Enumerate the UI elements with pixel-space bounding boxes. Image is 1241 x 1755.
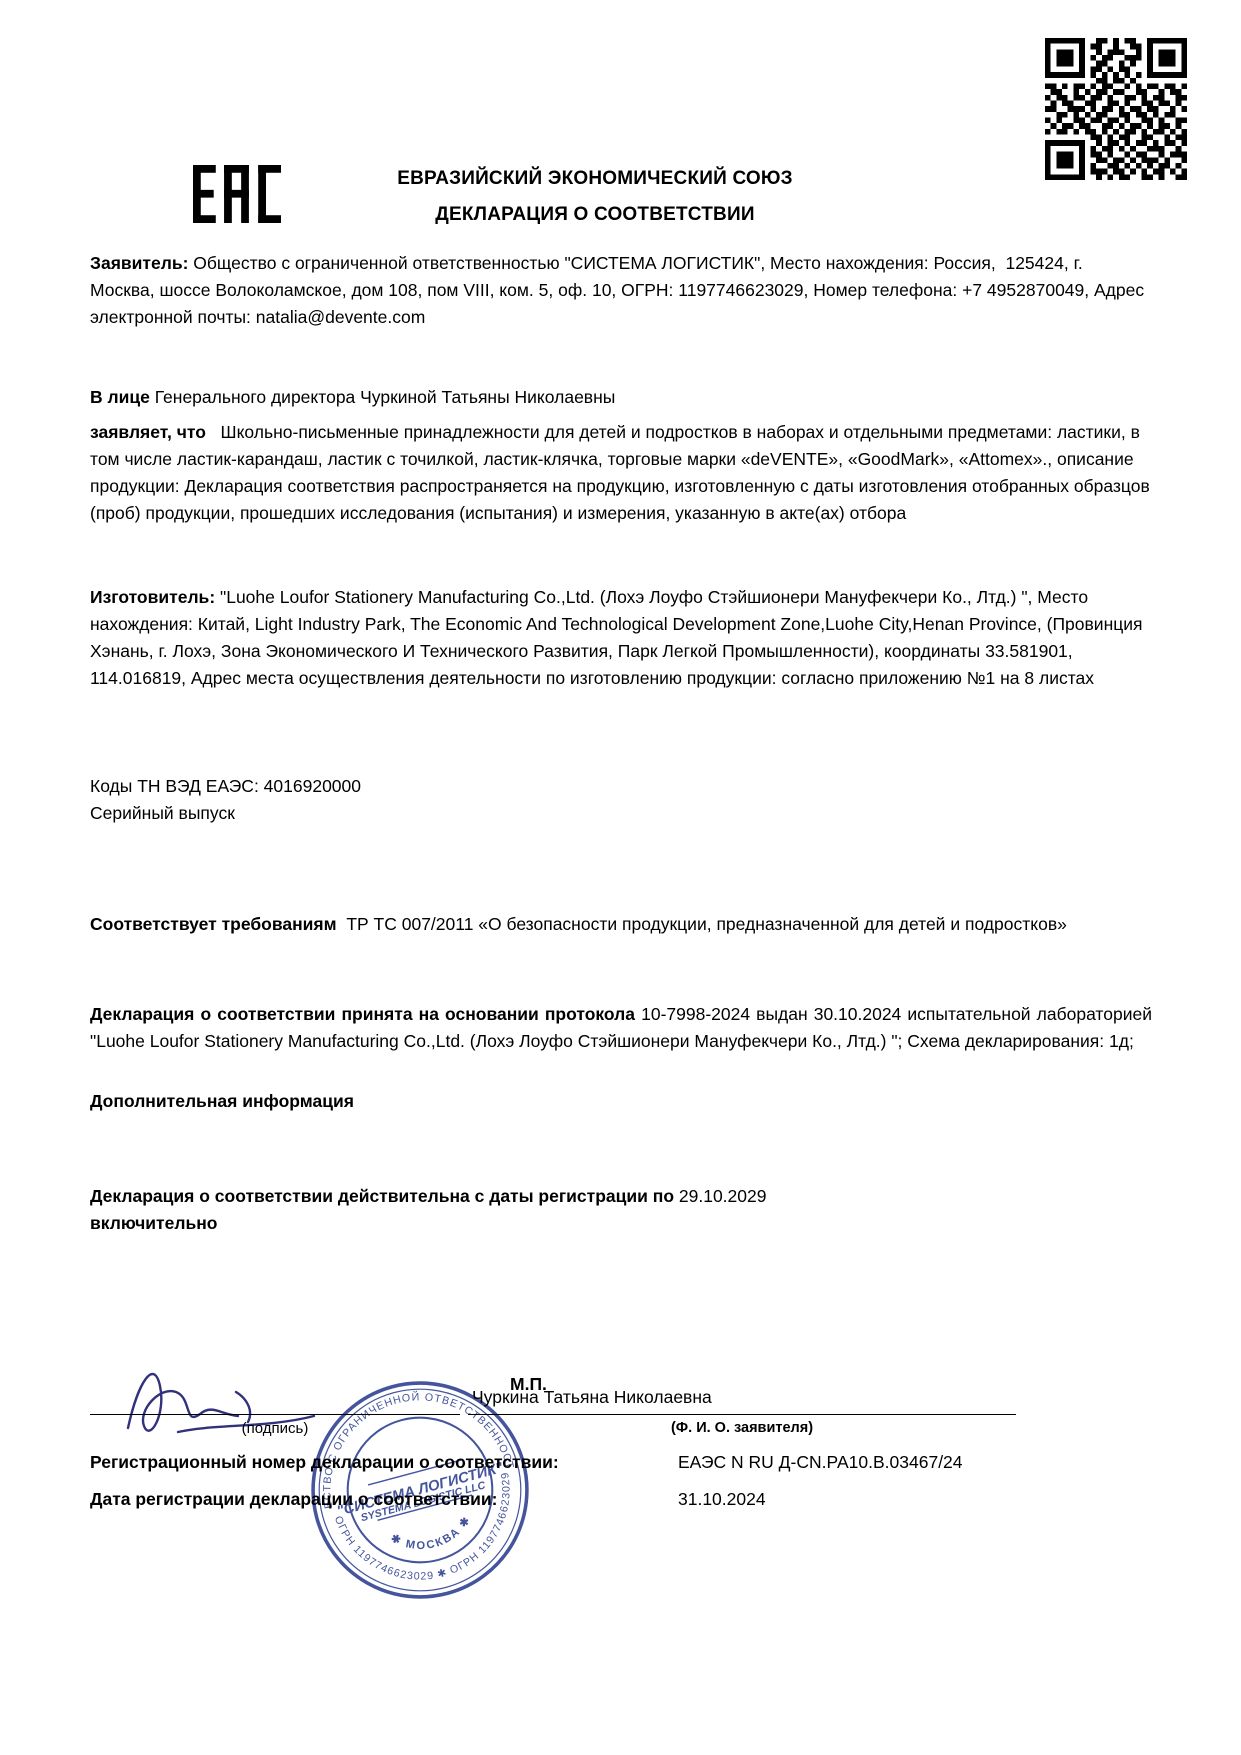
doc-title: ДЕКЛАРАЦИЯ О СООТВЕТСТВИИ [90,204,1100,226]
reg-number-value: ЕАЭС N RU Д-CN.РА10.В.03467/24 [678,1452,963,1473]
validity-label: Декларация о соответствии действительна … [90,1186,674,1206]
fio-line [468,1414,1016,1415]
person-paragraph: В лице Генерального директора Чуркиной Т… [90,384,1152,411]
union-title: ЕВРАЗИЙСКИЙ ЭКОНОМИЧЕСКИЙ СОЮЗ [90,168,1100,190]
declaration-document: ЕВРАЗИЙСКИЙ ЭКОНОМИЧЕСКИЙ СОЮЗ ДЕКЛАРАЦИ… [0,0,1241,1755]
applicant-label: Заявитель: [90,253,188,273]
validity-paragraph: Декларация о соответствии действительна … [90,1183,1152,1237]
seal-city-text: ✱ МОСКВА ✱ [386,1512,478,1562]
manufacturer-paragraph: Изготовитель: "Luohe Loufor Stationery M… [90,584,1152,692]
validity-date: 29.10.2029 [674,1186,766,1206]
svg-text:✱ МОСКВА ✱: ✱ МОСКВА ✱ [386,1512,478,1562]
person-label: В лице [90,387,150,407]
codes-line: Коды ТН ВЭД ЕАЭС: 4016920000 [90,776,361,796]
applicant-paragraph: Заявитель: Общество с ограниченной ответ… [90,250,1152,331]
person-text: Генерального директора Чуркиной Татьяны … [150,387,615,407]
serial-line: Серийный выпуск [90,803,235,823]
fio-label: (Ф. И. О. заявителя) [468,1420,1016,1436]
compliance-text: ТР ТС 007/2011 «О безопасности продукции… [337,914,1067,934]
applicant-text: Общество с ограниченной ответственностью… [90,253,1144,327]
basis-label: Декларация о соответствии принята на осн… [90,1004,635,1024]
validity-tail: включительно [90,1213,217,1233]
reg-date-value: 31.10.2024 [678,1489,766,1510]
basis-paragraph: Декларация о соответствии принята на осн… [90,1001,1152,1055]
additional-info-heading: Дополнительная информация [90,1088,1152,1115]
compliance-label: Соответствует требованиям [90,914,337,934]
manufacturer-label: Изготовитель: [90,587,215,607]
declares-label: заявляет, что [90,422,206,442]
compliance-paragraph: Соответствует требованиям ТР ТС 007/2011… [90,911,1152,938]
qr-code [1045,38,1187,180]
declares-paragraph: заявляет, что Школьно-письменные принадл… [90,419,1152,527]
manufacturer-text: "Luohe Loufor Stationery Manufacturing C… [90,587,1143,688]
codes-paragraph: Коды ТН ВЭД ЕАЭС: 4016920000Серийный вып… [90,773,1152,827]
declares-text: Школьно-письменные принадлежности для де… [90,422,1150,523]
